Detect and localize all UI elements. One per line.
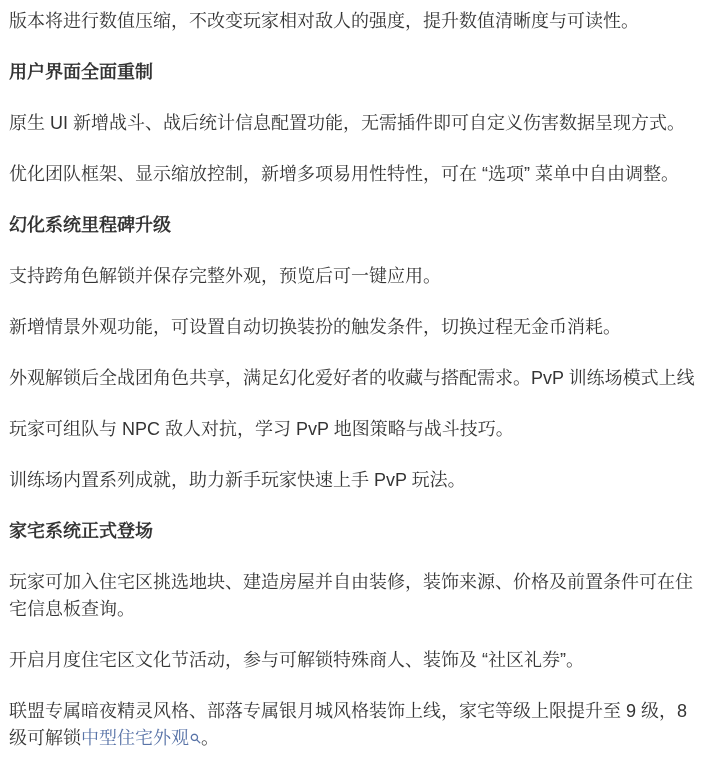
paragraph: 支持跨角色解锁并保存完整外观，预览后可一键应用。 [9,263,697,290]
section-heading-transmog-milestone: 幻化系统里程碑升级 [9,212,697,239]
paragraph: 优化团队框架、显示缩放控制，新增多项易用性特性，可在 “选项” 菜单中自由调整。 [9,161,697,188]
paragraph: 版本将进行数值压缩，不改变玩家相对敌人的强度，提升数值清晰度与可读性。 [9,8,697,35]
paragraph: 玩家可组队与 NPC 敌人对抗，学习 PvP 地图策略与战斗技巧。 [9,416,697,443]
paragraph: 外观解锁后全战团角色共享，满足幻化爱好者的收藏与搭配需求。PvP 训练场模式上线 [9,365,697,392]
link-medium-house-appearance[interactable]: 中型住宅外观 [81,728,189,748]
search-icon [190,733,201,744]
paragraph: 训练场内置系列成就，助力新手玩家快速上手 PvP 玩法。 [9,467,697,494]
paragraph: 新增情景外观功能，可设置自动切换装扮的触发条件，切换过程无金币消耗。 [9,314,697,341]
paragraph-text: 。 [201,728,219,748]
paragraph: 原生 UI 新增战斗、战后统计信息配置功能，无需插件即可自定义伤害数据呈现方式。 [9,110,697,137]
paragraph: 玩家可加入住宅区挑选地块、建造房屋并自由装修，装饰来源、价格及前置条件可在住宅信… [9,569,697,623]
paragraph: 开启月度住宅区文化节活动，参与可解锁特殊商人、装饰及 “社区礼券”。 [9,647,697,674]
section-heading-ui-rework: 用户界面全面重制 [9,59,697,86]
patch-notes-article: 版本将进行数值压缩，不改变玩家相对敌人的强度，提升数值清晰度与可读性。 用户界面… [0,0,705,762]
paragraph: 联盟专属暗夜精灵风格、部落专属银月城风格装饰上线，家宅等级上限提升至 9 级，8… [9,698,697,752]
section-heading-housing-launch: 家宅系统正式登场 [9,518,697,545]
